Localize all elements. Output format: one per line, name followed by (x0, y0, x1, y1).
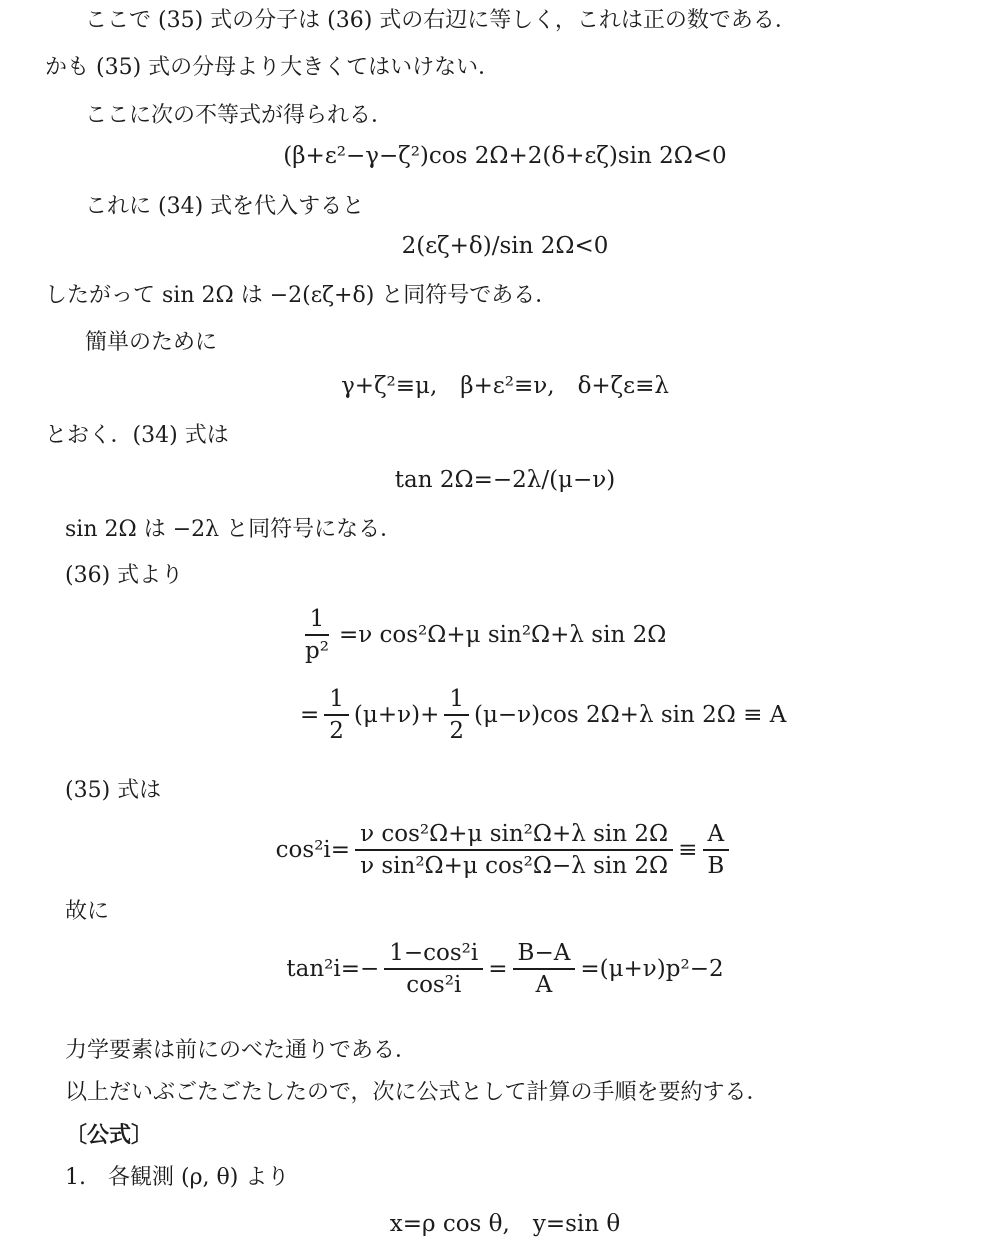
formula-one-over-p2: 1 p² =ν cos²Ω+μ sin²Ω+λ sin 2Ω (45, 606, 965, 664)
formula-term: cos²i= (276, 836, 350, 864)
fraction-numerator: B−A (513, 940, 576, 970)
fraction-denominator: 2 (444, 716, 469, 744)
paragraph-same-sign: したがって sin 2Ω は −2(εζ+δ) と同符号である． (45, 283, 965, 309)
formula-xy-conversion: x=ρ cos θ, y=sin θ (45, 1210, 965, 1238)
fraction-numerator: 1−cos²i (384, 940, 483, 970)
fraction-numerator: ν cos²Ω+μ sin²Ω+λ sin 2Ω (355, 821, 673, 851)
formula-text: (β+ε²−γ−ζ²)cos 2Ω+2(δ+εζ)sin 2Ω<0 (283, 142, 726, 170)
formula-cos2i: cos²i= ν cos²Ω+μ sin²Ω+λ sin 2Ω ν sin²Ω+… (45, 821, 965, 879)
formula-text: γ+ζ²≡μ, β+ε²≡ν, δ+ζε≡λ (341, 372, 669, 400)
fraction-numerator: 1 (324, 686, 349, 716)
paragraph-denominator-note: かも (35) 式の分母より大きくてはいけない． (45, 55, 965, 81)
formula-text: tan 2Ω=−2λ/(μ−ν) (395, 466, 615, 494)
paragraph-numerator-note: ここで (35) 式の分子は (36) 式の右辺に等しく，これは正の数である． (45, 8, 965, 34)
fraction-numerator: 1 (305, 606, 330, 636)
formula-term: ≡ (678, 836, 697, 864)
paragraph-simplify-intro: 簡単のために (45, 330, 965, 356)
fraction-numerator: A (703, 821, 730, 851)
paragraph-sin-same-sign: sin 2Ω は −2λ と同符号になる． (45, 517, 965, 543)
formula-a-definition: = 1 2 (μ+ν)+ 1 2 (μ−ν)cos 2Ω+λ sin 2Ω ≡ … (45, 686, 965, 744)
formula-sign-condition: 2(εζ+δ)/sin 2Ω<0 (45, 232, 965, 260)
paragraph-from-eq36: (36) 式より (45, 563, 965, 589)
fraction-numerator: 1 (444, 686, 469, 716)
formula-term: = (300, 701, 319, 729)
fraction: 1 2 (324, 686, 349, 744)
formula-inequality: (β+ε²−γ−ζ²)cos 2Ω+2(δ+εζ)sin 2Ω<0 (45, 142, 965, 170)
list-item-step-1: 1. 各観測 (ρ, θ) より (45, 1165, 965, 1191)
fraction-denominator: B (702, 851, 729, 879)
paragraph-eq35-becomes: (35) 式は (45, 778, 965, 804)
fraction-denominator: A (531, 970, 558, 998)
paragraph-dynamics-elements: 力学要素は前にのべた通りである． (45, 1038, 965, 1064)
fraction: 1−cos²i cos²i (384, 940, 483, 998)
formula-term: tan²i=− (286, 955, 379, 983)
paragraph-inequality-intro: ここに次の不等式が得られる． (45, 103, 965, 129)
fraction: B−A A (513, 940, 576, 998)
formula-definitions: γ+ζ²≡μ, β+ε²≡ν, δ+ζε≡λ (45, 372, 965, 400)
formula-text: 2(εζ+δ)/sin 2Ω<0 (402, 232, 609, 260)
formula-term: (μ−ν)cos 2Ω+λ sin 2Ω ≡ A (474, 701, 786, 729)
fraction-denominator: p² (300, 636, 334, 664)
formula-term: = (488, 955, 507, 983)
formula-text: x=ρ cos θ, y=sin θ (390, 1210, 620, 1238)
paragraph-summary-intro: 以上だいぶごたごたしたので，次に公式として計算の手順を要約する． (45, 1080, 965, 1106)
heading-formulas: 〔公式〕 (45, 1122, 965, 1148)
fraction: 1 2 (444, 686, 469, 744)
fraction: A B (702, 821, 729, 879)
paragraph-therefore: 故に (45, 899, 965, 925)
fraction-denominator: ν sin²Ω+μ cos²Ω−λ sin 2Ω (355, 851, 673, 879)
paragraph-eq34-becomes: とおく．(34) 式は (45, 423, 965, 449)
fraction: ν cos²Ω+μ sin²Ω+λ sin 2Ω ν sin²Ω+μ cos²Ω… (355, 821, 673, 879)
formula-tan2i: tan²i=− 1−cos²i cos²i = B−A A =(μ+ν)p²−2 (45, 940, 965, 998)
scanned-book-page: ここで (35) 式の分子は (36) 式の右辺に等しく，これは正の数である． … (0, 0, 1005, 1254)
formula-tan-2omega: tan 2Ω=−2λ/(μ−ν) (45, 466, 965, 494)
paragraph-substitute-34: これに (34) 式を代入すると (45, 194, 965, 220)
formula-term: =(μ+ν)p²−2 (580, 955, 723, 983)
formula-term: (μ+ν)+ (354, 701, 439, 729)
fraction: 1 p² (300, 606, 334, 664)
formula-term: =ν cos²Ω+μ sin²Ω+λ sin 2Ω (339, 621, 666, 649)
fraction-denominator: 2 (324, 716, 349, 744)
fraction-denominator: cos²i (401, 970, 466, 998)
